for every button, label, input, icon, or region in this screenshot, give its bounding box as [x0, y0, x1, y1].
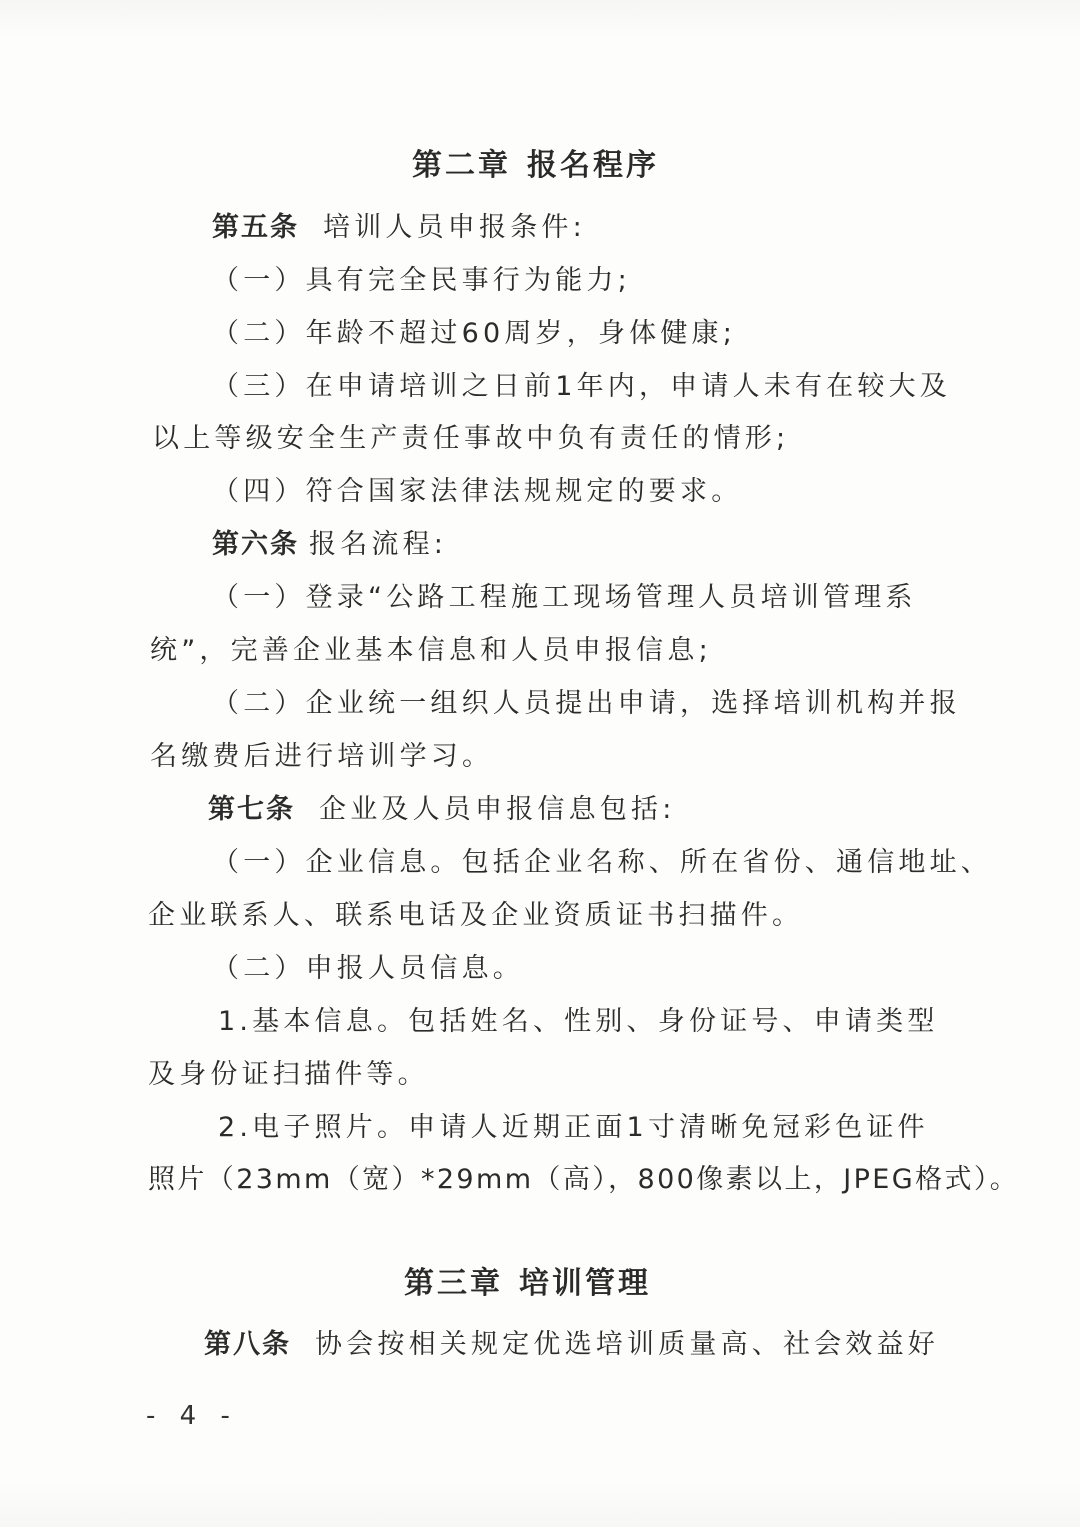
article-5-label: 第五条: [212, 212, 299, 243]
page-number: - 4 -: [146, 1398, 238, 1434]
article-7-item-1: （一）企业信息。包括企业名称、所在省份、通信地址、: [212, 843, 992, 883]
article-5-item-2: （二）年龄不超过60周岁，身体健康;: [212, 314, 736, 354]
article-5-heading: 第五条培训人员申报条件:: [212, 208, 586, 248]
chapter-3-heading: 第三章培训管理: [404, 1262, 651, 1306]
article-6-item-2: （二）企业统一组织人员提出申请，选择培训机构并报: [212, 684, 961, 724]
article-7-subitem-1-cont: 及身份证扫描件等。: [148, 1055, 429, 1095]
article-7-item-1-cont: 企业联系人、联系电话及企业资质证书扫描件。: [148, 896, 803, 936]
article-6-item-1: （一）登录“公路工程施工现场管理人员培训管理系: [212, 578, 917, 618]
article-8-text: 协会按相关规定优选培训质量高、社会效益好: [315, 1329, 939, 1360]
article-6-label: 第六条: [212, 529, 299, 560]
article-6-item-1-cont: 统”，完善企业基本信息和人员申报信息;: [150, 631, 712, 671]
chapter-2-heading: 第二章报名程序: [412, 144, 659, 188]
article-7-subitem-2: 2.电子照片。申请人近期正面1寸清晰免冠彩色证件: [218, 1108, 929, 1148]
article-5-text: 培训人员申报条件:: [323, 212, 586, 243]
article-5-item-3-cont: 以上等级安全生产责任事故中负有责任的情形;: [152, 419, 789, 459]
article-5-item-4: （四）符合国家法律法规规定的要求。: [212, 472, 742, 512]
chapter-2-number: 第二章: [412, 148, 511, 183]
article-7-text: 企业及人员申报信息包括:: [319, 794, 676, 825]
chapter-3-number: 第三章: [404, 1266, 503, 1301]
article-7-item-2: （二）申报人员信息。: [212, 949, 524, 989]
article-7-subitem-1: 1.基本信息。包括姓名、性别、身份证号、申请类型: [218, 1002, 939, 1042]
article-5-item-1: （一）具有完全民事行为能力;: [212, 261, 631, 301]
article-5-item-3: （三）在申请培训之日前1年内，申请人未有在较大及: [212, 367, 951, 407]
article-7-subitem-2-cont: 照片（23mm（宽）*29mm（高），800像素以上，JPEG格式）。: [148, 1160, 1019, 1200]
article-8-heading: 第八条协会按相关规定优选培训质量高、社会效益好: [204, 1325, 939, 1365]
chapter-3-title: 培训管理: [519, 1266, 651, 1301]
article-7-heading: 第七条企业及人员申报信息包括:: [208, 790, 676, 830]
article-6-item-2-cont: 名缴费后进行培训学习。: [150, 737, 493, 777]
article-6-heading: 第六条报名流程:: [212, 525, 447, 565]
article-8-label: 第八条: [204, 1329, 291, 1360]
article-6-text: 报名流程:: [309, 529, 447, 560]
article-7-label: 第七条: [208, 794, 295, 825]
chapter-2-title: 报名程序: [527, 148, 659, 183]
document-page: 第二章报名程序 第五条培训人员申报条件: （一）具有完全民事行为能力; （二）年…: [0, 0, 1080, 1527]
